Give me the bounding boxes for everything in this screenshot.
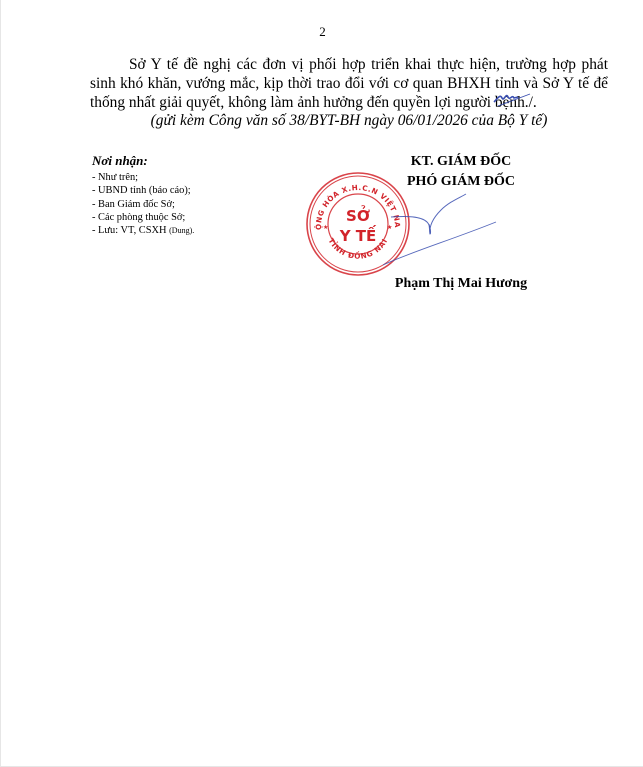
official-stamp-icon: CỘNG HÒA X.H.C.N VIỆT NAM TỈNH ĐỒNG NAI …: [305, 171, 411, 277]
page-number: 2: [1, 24, 643, 40]
initials-mark-icon: [492, 88, 532, 108]
recipient-note: (Dung).: [169, 226, 194, 235]
recipient-item: - Như trên;: [92, 171, 292, 184]
stamp-center-line2: Y TẾ: [339, 224, 377, 245]
stamp-center-line1: SỞ: [346, 204, 370, 225]
recipients-block: Nơi nhận: - Như trên; - UBND tỉnh (báo c…: [92, 153, 292, 237]
recipient-item: - Lưu: VT, CSXH (Dung).: [92, 224, 292, 237]
recipients-title: Nơi nhận:: [92, 153, 292, 169]
recipients-list: - Như trên; - UBND tỉnh (báo cáo); - Ban…: [92, 171, 292, 237]
svg-text:★: ★: [387, 224, 392, 231]
svg-text:★: ★: [323, 224, 328, 231]
attachment-note: (gửi kèm Công văn số 38/BYT-BH ngày 06/0…: [90, 111, 608, 130]
signature-title-line1: KT. GIÁM ĐỐC: [361, 152, 561, 172]
recipient-item: - Các phòng thuộc Sở;: [92, 211, 292, 224]
signer-name: Phạm Thị Mai Hương: [361, 274, 561, 294]
recipient-item: - Ban Giám đốc Sở;: [92, 198, 292, 211]
recipient-item: - UBND tỉnh (báo cáo);: [92, 184, 292, 197]
document-page: 2 Sở Y tế đề nghị các đơn vị phối hợp tr…: [0, 0, 643, 767]
